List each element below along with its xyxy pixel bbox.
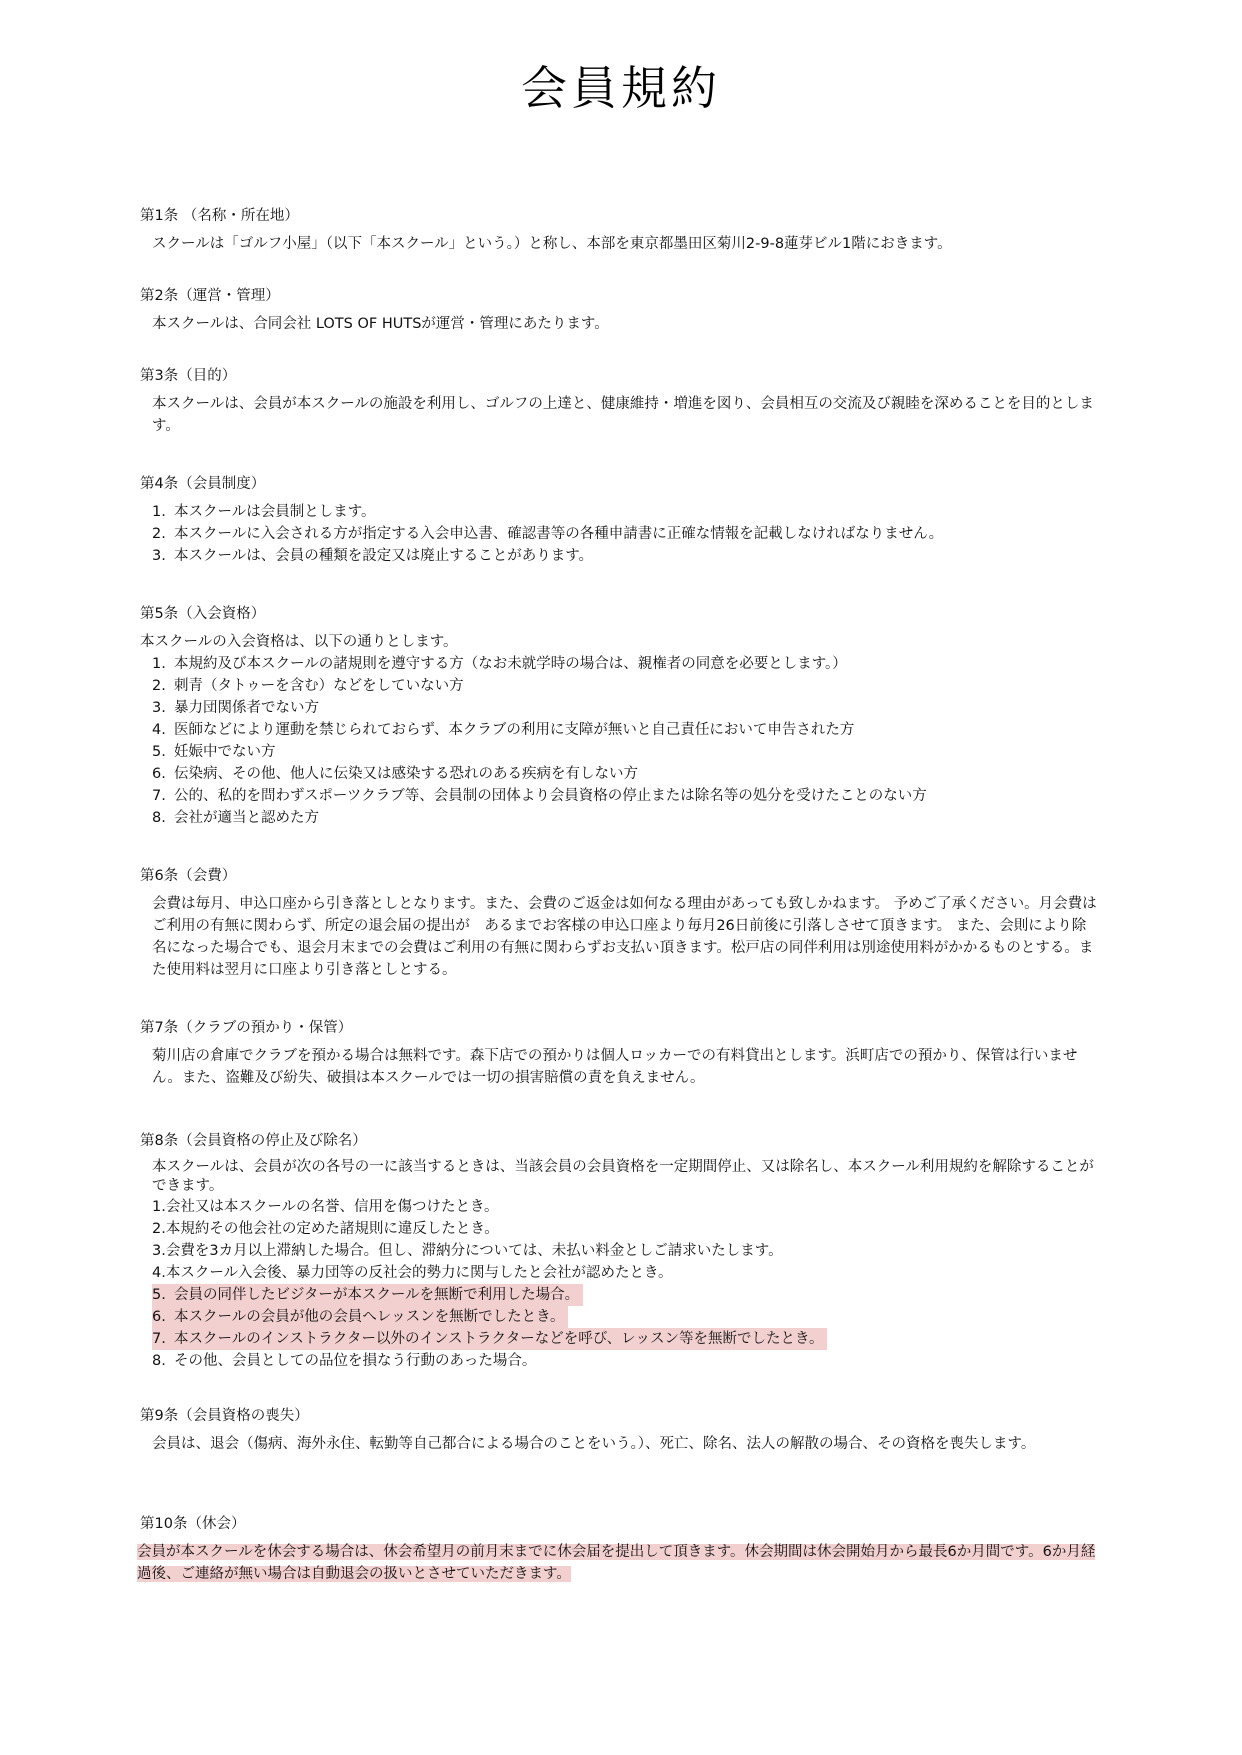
article-9: 第9条（会員資格の喪失） 会員は、退会（傷病、海外永住、転勤等自己都合による場合…	[140, 1405, 1100, 1455]
list-text: 本スクールは会員制とします。	[174, 501, 376, 523]
article-body: 本スクールは、合同会社 LOTS OF HUTSが運営・管理にあたります。	[140, 313, 1100, 335]
list-item: 5.妊娠中でない方	[152, 741, 1100, 763]
list-text: 刺青（タトゥーを含む）などをしていない方	[174, 675, 464, 697]
article-intro: 本スクールの入会資格は、以下の通りとします。	[140, 631, 1100, 653]
article-heading: 第8条（会員資格の停止及び除名）	[140, 1130, 1100, 1152]
article-4: 第4条（会員制度） 1.本スクールは会員制とします。 2.本スクールに入会される…	[140, 473, 1100, 567]
list-number: 7.	[152, 1328, 174, 1350]
list-item-highlighted: 7.本スクールのインストラクター以外のインストラクターなどを呼び、レッスン等を無…	[152, 1328, 1100, 1350]
list-number: 2.	[152, 523, 174, 545]
list-text: 会社又は本スクールの名誉、信用を傷つけたとき。	[166, 1199, 499, 1215]
list-number: 5.	[152, 1284, 174, 1306]
highlight: 6.本スクールの会員が他の会員へレッスンを無断でしたとき。	[152, 1306, 568, 1328]
list-number: 3.	[152, 1243, 166, 1259]
list-item: 3.暴力団関係者でない方	[152, 697, 1100, 719]
highlight: 会員が本スクールを休会する場合は、休会希望月の前月末までに休会届を提出して頂きま…	[137, 1544, 1095, 1582]
list-number: 3.	[152, 697, 174, 719]
article-heading: 第5条（入会資格）	[140, 603, 1100, 625]
article-list: 1.本スクールは会員制とします。 2.本スクールに入会される方が指定する入会申込…	[140, 501, 1100, 567]
list-item: 3.本スクールは、会員の種類を設定又は廃止することがあります。	[152, 545, 1100, 567]
list-text: 本スクールのインストラクター以外のインストラクターなどを呼び、レッスン等を無断で…	[174, 1331, 823, 1347]
list-text: 会員の同伴したビジターが本スクールを無断で利用した場合。	[174, 1287, 579, 1303]
article-heading: 第1条 （名称・所在地）	[140, 205, 1100, 227]
list-item: 8.会社が適当と認めた方	[152, 807, 1100, 829]
list-text: 公的、私的を問わずスポーツクラブ等、会員制の団体より会員資格の停止または除名等の…	[174, 785, 927, 807]
article-body: 会員は、退会（傷病、海外永住、転勤等自己都合による場合のことをいう。）、死亡、除…	[140, 1433, 1100, 1455]
list-number: 4.	[152, 1265, 166, 1281]
list-item: 1.本スクールは会員制とします。	[152, 501, 1100, 523]
list-item: 2.本スクールに入会される方が指定する入会申込書、確認書等の各種申請書に正確な情…	[152, 523, 1100, 545]
list-item: 7.公的、私的を問わずスポーツクラブ等、会員制の団体より会員資格の停止または除名…	[152, 785, 1100, 807]
article-1: 第1条 （名称・所在地） スクールは「ゴルフ小屋」（以下「本スクール」という。）…	[140, 205, 1100, 255]
list-item-highlighted: 5.会員の同伴したビジターが本スクールを無断で利用した場合。	[152, 1284, 1100, 1306]
list-text: 本規約及び本スクールの諸規則を遵守する方（なお未就学時の場合は、親権者の同意を必…	[174, 653, 847, 675]
article-heading: 第2条（運営・管理）	[140, 285, 1100, 307]
article-2: 第2条（運営・管理） 本スクールは、合同会社 LOTS OF HUTSが運営・管…	[140, 285, 1100, 335]
list-text: 伝染病、その他、他人に伝染又は感染する恐れのある疾病を有しない方	[174, 763, 638, 785]
article-intro: 本スクールは、会員が次の各号の一に該当するときは、当該会員の会員資格を一定期間停…	[140, 1158, 1100, 1196]
list-number: 7.	[152, 785, 174, 807]
list-item: 4.本スクール入会後、暴力団等の反社会的勢力に関与したと会社が認めたとき。	[152, 1262, 1100, 1284]
list-item-highlighted: 6.本スクールの会員が他の会員へレッスンを無断でしたとき。	[152, 1306, 1100, 1328]
list-item: 2.本規約その他会社の定めた諸規則に違反したとき。	[152, 1218, 1100, 1240]
list-text: 医師などにより運動を禁じられておらず、本クラブの利用に支障が無いと自己責任におい…	[174, 719, 854, 741]
list-text: 本スクールは、会員の種類を設定又は廃止することがあります。	[174, 545, 593, 567]
article-body: 本スクールは、会員が本スクールの施設を利用し、ゴルフの上達と、健康維持・増進を図…	[140, 393, 1100, 437]
list-item: 2.刺青（タトゥーを含む）などをしていない方	[152, 675, 1100, 697]
article-list: 1.本規約及び本スクールの諸規則を遵守する方（なお未就学時の場合は、親権者の同意…	[140, 653, 1100, 829]
article-heading: 第7条（クラブの預かり・保管）	[140, 1017, 1100, 1039]
article-10: 第10条（休会） 会員が本スクールを休会する場合は、休会希望月の前月末までに休会…	[137, 1513, 1107, 1585]
article-heading: 第4条（会員制度）	[140, 473, 1100, 495]
article-body: 菊川店の倉庫でクラブを預かる場合は無料です。森下店での預かりは個人ロッカーでの有…	[140, 1045, 1100, 1089]
list-text: 本スクールの会員が他の会員へレッスンを無断でしたとき。	[174, 1309, 564, 1325]
list-item: 1.本規約及び本スクールの諸規則を遵守する方（なお未就学時の場合は、親権者の同意…	[152, 653, 1100, 675]
document-title: 会員規約	[0, 52, 1242, 118]
list-text: 暴力団関係者でない方	[174, 697, 319, 719]
article-list: 1.会社又は本スクールの名誉、信用を傷つけたとき。 2.本規約その他会社の定めた…	[140, 1196, 1100, 1372]
article-heading: 第10条（休会）	[137, 1513, 1107, 1535]
list-number: 1.	[152, 1199, 166, 1215]
highlight: 7.本スクールのインストラクター以外のインストラクターなどを呼び、レッスン等を無…	[152, 1328, 827, 1350]
list-number: 6.	[152, 1306, 174, 1328]
list-text: 妊娠中でない方	[174, 741, 276, 763]
list-item: 6.伝染病、その他、他人に伝染又は感染する恐れのある疾病を有しない方	[152, 763, 1100, 785]
article-body: 会費は毎月、申込口座から引き落としとなります。また、会費のご返金は如何なる理由が…	[140, 893, 1100, 981]
article-heading: 第3条（目的）	[140, 365, 1100, 387]
article-7: 第7条（クラブの預かり・保管） 菊川店の倉庫でクラブを預かる場合は無料です。森下…	[140, 1017, 1100, 1089]
list-number: 3.	[152, 545, 174, 567]
list-text: 本規約その他会社の定めた諸規則に違反したとき。	[166, 1221, 499, 1237]
article-6: 第6条（会費） 会費は毎月、申込口座から引き落としとなります。また、会費のご返金…	[140, 865, 1100, 981]
article-heading: 第9条（会員資格の喪失）	[140, 1405, 1100, 1427]
highlight: 5.会員の同伴したビジターが本スクールを無断で利用した場合。	[152, 1284, 583, 1306]
list-number: 8.	[152, 807, 174, 829]
list-item: 4.医師などにより運動を禁じられておらず、本クラブの利用に支障が無いと自己責任に…	[152, 719, 1100, 741]
list-number: 1.	[152, 501, 174, 523]
list-number: 8.	[152, 1350, 174, 1372]
list-text: 会費を3カ月以上滞納した場合。但し、滞納分については、未払い料金としご請求いたし…	[166, 1243, 783, 1259]
list-number: 2.	[152, 1221, 166, 1237]
list-text: 本スクール入会後、暴力団等の反社会的勢力に関与したと会社が認めたとき。	[166, 1265, 673, 1281]
article-body: スクールは「ゴルフ小屋」（以下「本スクール」という。）と称し、本部を東京都墨田区…	[140, 233, 1100, 255]
list-item: 3.会費を3カ月以上滞納した場合。但し、滞納分については、未払い料金としご請求い…	[152, 1240, 1100, 1262]
article-body-highlighted: 会員が本スクールを休会する場合は、休会希望月の前月末までに休会届を提出して頂きま…	[137, 1541, 1107, 1585]
list-text: 会社が適当と認めた方	[174, 807, 319, 829]
list-item: 1.会社又は本スクールの名誉、信用を傷つけたとき。	[152, 1196, 1100, 1218]
list-number: 5.	[152, 741, 174, 763]
article-3: 第3条（目的） 本スクールは、会員が本スクールの施設を利用し、ゴルフの上達と、健…	[140, 365, 1100, 437]
article-5: 第5条（入会資格） 本スクールの入会資格は、以下の通りとします。 1.本規約及び…	[140, 603, 1100, 829]
list-number: 1.	[152, 653, 174, 675]
list-item: 8.その他、会員としての品位を損なう行動のあった場合。	[152, 1350, 1100, 1372]
list-number: 2.	[152, 675, 174, 697]
list-text: 本スクールに入会される方が指定する入会申込書、確認書等の各種申請書に正確な情報を…	[174, 523, 943, 545]
list-number: 6.	[152, 763, 174, 785]
list-number: 4.	[152, 719, 174, 741]
list-text: その他、会員としての品位を損なう行動のあった場合。	[174, 1353, 536, 1369]
article-8: 第8条（会員資格の停止及び除名） 本スクールは、会員が次の各号の一に該当するとき…	[140, 1130, 1100, 1372]
article-heading: 第6条（会費）	[140, 865, 1100, 887]
